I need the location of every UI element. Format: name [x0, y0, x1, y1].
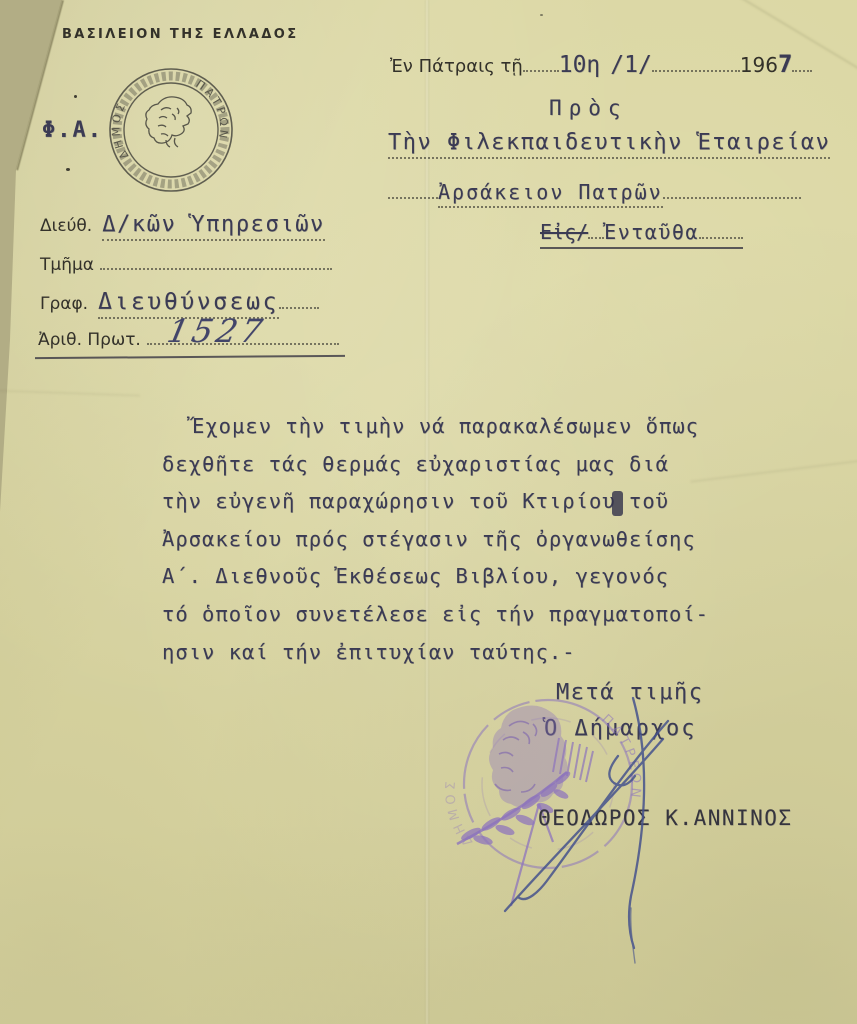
- dateline-leader: [792, 54, 812, 72]
- protocol-number-handwritten: 1527: [164, 312, 270, 350]
- field-directorate-label: Διεύθ.: [40, 216, 92, 236]
- dateline-year-typed: 7: [778, 50, 792, 78]
- dateline-year-printed: 196: [740, 53, 778, 77]
- leader: [279, 291, 319, 309]
- body-line: δεχθῆτε τάς θερμάς εὐχαριστίας μας διά: [162, 446, 742, 484]
- recipient-to-label: Πρὸς: [549, 96, 628, 120]
- leader: [663, 181, 801, 199]
- dateline: Ἐν Πάτραις τῇ 10η /1/ 196 7: [390, 50, 812, 78]
- recipient-line2: Ἀρσάκειον Πατρῶν: [438, 180, 663, 208]
- speck: [66, 168, 70, 171]
- body-line: τό ὁποῖον συνετέλεσε εἰς τήν πραγματοποί…: [162, 596, 742, 634]
- municipal-seal: ΔΗΜΟΣ ΠΑΤΡΩΝ: [101, 60, 241, 200]
- leader: [100, 252, 332, 270]
- seal-text-right: ΠΑΤΡΩΝ: [193, 77, 230, 142]
- leader: [699, 221, 743, 239]
- recipient-line1: Τὴν Φιλεκπαιδευτικὴν Ἑταιρείαν: [388, 130, 830, 159]
- seal-head-profile: [146, 97, 191, 147]
- body-line: ησιν καί τήν ἐπιτυχίαν ταύτης.-: [162, 634, 742, 672]
- dateline-prefix: Ἐν Πάτραις τῇ: [390, 56, 523, 77]
- body-line: τὴν εὐγενῆ παραχώρησιν τοῦ Κτιρίου τοῦ: [162, 483, 742, 521]
- body-line: Ἀρσακείου πρός στέγασιν τῆς ὀργανωθείσης: [162, 521, 742, 559]
- svg-text:ΠΑΤΡΩΝ: ΠΑΤΡΩΝ: [193, 77, 230, 142]
- body-line: Ἔχομεν τὴν τιμὴν νά παρακαλέσωμεν ὅπως: [162, 408, 742, 446]
- field-protocol-label: Ἀριθ. Πρωτ.: [38, 330, 141, 350]
- ink-blot-correction: [612, 491, 623, 516]
- recipient-line3-row: Εἰς/ Ἐνταῦθα: [540, 220, 743, 249]
- state-title: ΒΑΣΙΛΕΙΟΝ ΤΗΣ ΕΛΛΑΔΟΣ: [62, 27, 299, 42]
- letter-body: Ἔχομεν τὴν τιμὴν νά παρακαλέσωμεν ὅπως δ…: [162, 408, 742, 671]
- scanned-letter-page: { "header": { "state_title": "ΒΑΣΙΛΕΙΟΝ …: [0, 0, 857, 1024]
- body-line: Α΄. Διεθνοῦς Ἐκθέσεως Βιβλίου, γεγονός: [162, 558, 742, 596]
- signature-ink: [430, 678, 740, 968]
- recipient-line3-prefix: Εἰς/: [540, 220, 588, 244]
- dateline-day: 10η: [559, 52, 601, 78]
- file-ref: Φ.Α.: [42, 118, 103, 143]
- dateline-leader: [652, 54, 740, 72]
- dateline-leader: [523, 54, 559, 72]
- speck: [74, 95, 77, 98]
- seal-text-left: ΔΗΜΟΣ: [109, 99, 131, 161]
- dateline-month: /1/: [610, 52, 652, 78]
- field-directorate-value: Δ/κῶν Ὑπηρεσιῶν: [102, 212, 325, 241]
- field-office-label: Γραφ.: [40, 294, 88, 314]
- leader: [388, 181, 438, 199]
- leader: [588, 221, 604, 239]
- field-department: Τμῆμα: [40, 252, 332, 275]
- svg-text:ΔΗΜΟΣ: ΔΗΜΟΣ: [109, 99, 131, 161]
- recipient-line2-row: Ἀρσάκειον Πατρῶν: [388, 180, 801, 208]
- field-directorate: Διεύθ. Δ/κῶν Ὑπηρεσιῶν: [40, 212, 325, 241]
- recipient-line3: Ἐνταῦθα: [604, 220, 699, 244]
- speck: [540, 14, 543, 16]
- field-department-label: Τμῆμα: [40, 255, 94, 275]
